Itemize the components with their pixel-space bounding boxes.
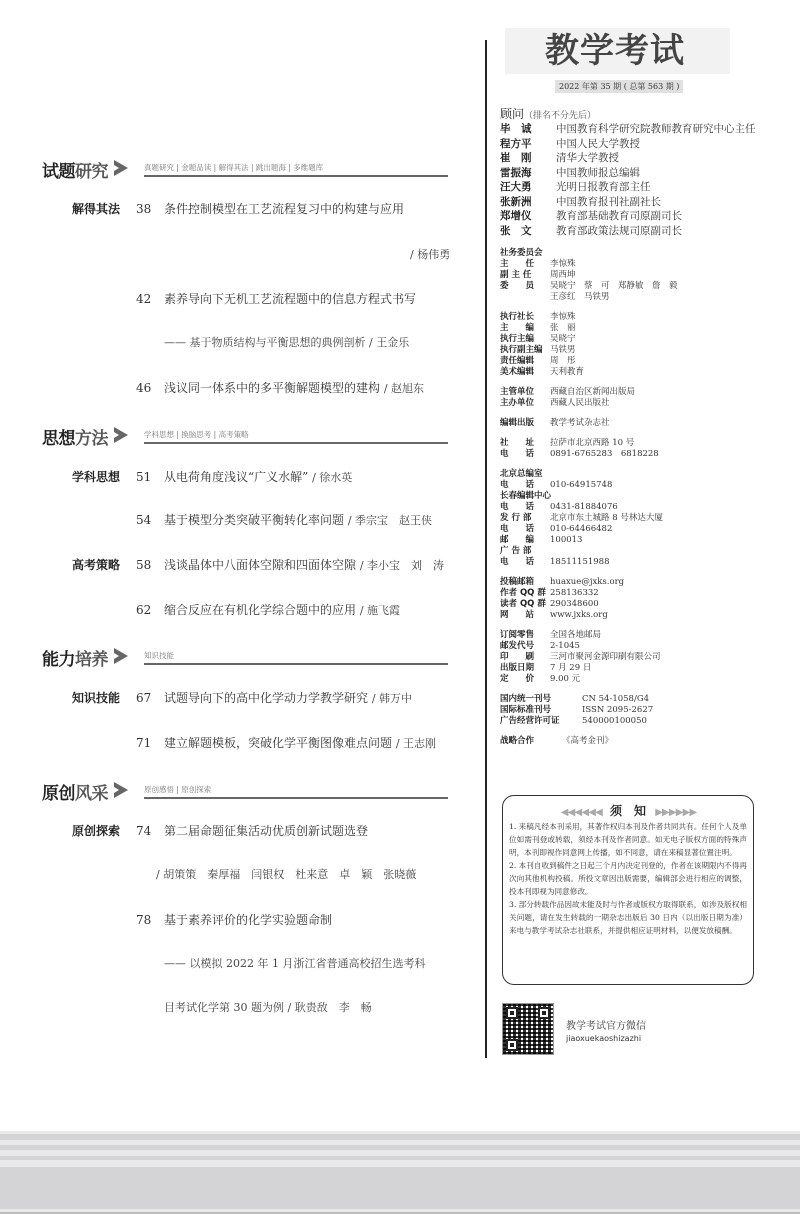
section-subcategories: 学科思想 | 换脑思考 | 高考策略 (144, 429, 249, 440)
notice-box: ◀ ◀ ◀ ◀ ◀ ◀ 须 知 ▶ ▶ ▶ ▶ ▶ ▶ 1. 来稿凡经本刊采用，… (502, 795, 754, 985)
left-arrows-icon: ◀ ◀ ◀ ◀ ◀ ◀ (561, 807, 601, 818)
section-header: 思想方法 学科思想 | 换脑思考 | 高考策略 (42, 424, 448, 450)
wechat-block: 教学考试官方微信 jiaoxuekaoshizazhi (502, 1003, 712, 1058)
category-label: 学科思想 (72, 468, 120, 485)
category-label: 原创探索 (72, 822, 120, 839)
table-of-contents: 试题研究 真题研究 | 金题品读 | 解得其法 | 跳出题海 | 多维题库 解得… (0, 0, 480, 1060)
masthead: 教学考试 2022 年第 35 期 ( 总第 563 期 ) 顾问（排名不分先后… (500, 28, 765, 747)
section-header: 能力培养 知识技能 (42, 645, 448, 671)
article-entry[interactable]: 78基于素养评价的化学实验题命制 (136, 911, 332, 928)
notice-paragraph: 2. 本刊自收到稿件之日起三个月内决定刊登的，作者在该期限内不得再次向其他机构投… (509, 859, 747, 898)
section-divider (144, 442, 448, 444)
arrow-icon (114, 160, 128, 176)
notice-paragraph: 3. 部分转载作品因故未能及时与作者或版权方取得联系，如涉及版权相关问题，请在发… (509, 898, 747, 937)
wechat-title: 教学考试官方微信 (566, 1017, 646, 1032)
article-author: / 杨伟勇 (410, 246, 450, 262)
section-header: 试题研究 真题研究 | 金题品读 | 解得其法 | 跳出题海 | 多维题库 (42, 157, 448, 183)
magazine-logo: 教学考试 (545, 30, 685, 72)
advisors-list: 毕 诚中国教育科学研究院教师教育研究中心主任 程方平中国人民大学教授 崔 刚清华… (500, 122, 765, 238)
wechat-id: jiaoxuekaoshizazhi (566, 1034, 641, 1043)
section-divider (144, 663, 448, 665)
section-subcategories: 真题研究 | 金题品读 | 解得其法 | 跳出题海 | 多维题库 (144, 162, 323, 173)
article-author: / 胡策策 秦厚福 闫银权 杜来意 卓 颖 张晓薇 (156, 866, 416, 882)
section-subcategories: 知识技能 (144, 650, 174, 661)
arrow-icon (114, 648, 128, 664)
section-title: 试题研究 (42, 157, 108, 182)
notice-paragraph: 1. 来稿凡经本刊采用，其著作权归本刊及作者共同共有。任何个人及单位如需刊登或转… (509, 820, 747, 859)
logo-band: 教学考试 (505, 28, 730, 74)
arrow-icon (114, 427, 128, 443)
article-entry[interactable]: 51从电荷角度浅议“广义水解” / 徐水英 (136, 468, 352, 485)
article-subtitle: —— 基于物质结构与平衡思想的典例剖析 / 王金乐 (164, 334, 409, 350)
article-entry[interactable]: 46浅议同一体系中的多平衡解题模型的建构 / 赵旭东 (136, 379, 424, 396)
column-divider (485, 40, 487, 1058)
article-entry[interactable]: 54基于模型分类突破平衡转化率问题 / 季宗宝 赵王侠 (136, 511, 432, 528)
section-divider (144, 175, 448, 177)
staff-info: 社务委员会 主 任李惊殊 副 主 任周西坤 委 员吴晓宁 蔡 可 郑静敏 詹 毅… (500, 248, 765, 747)
article-subtitle: 目考试化学第 30 题为例 / 耿贵敌 李 畅 (164, 999, 372, 1015)
category-label: 解得其法 (72, 200, 120, 217)
section-title: 思想方法 (42, 424, 108, 449)
article-entry[interactable]: 74第二届命题征集活动优质创新试题选登 (136, 822, 368, 839)
section-header: 原创风采 原创感悟 | 原创探索 (42, 779, 448, 805)
advisors-heading: 顾问（排名不分先后） (500, 105, 765, 122)
section-title: 能力培养 (42, 645, 108, 670)
issue-number: 2022 年第 35 期 ( 总第 563 期 ) (555, 80, 683, 93)
section-subcategories: 原创感悟 | 原创探索 (144, 784, 211, 795)
article-entry[interactable]: 67试题导向下的高中化学动力学教学研究 / 韩万中 (136, 689, 412, 706)
article-entry[interactable]: 62缩合反应在有机化学综合题中的应用 / 施飞霞 (136, 601, 400, 618)
article-entry[interactable]: 42素养导向下无机工艺流程题中的信息方程式书写 (136, 290, 416, 307)
submission-email[interactable]: huaxue@jxks.org (550, 577, 624, 588)
section-title: 原创风采 (42, 779, 108, 804)
category-label: 知识技能 (72, 689, 120, 706)
qr-code-icon[interactable] (502, 1003, 554, 1055)
article-subtitle: —— 以模拟 2022 年 1 月浙江省普通高校招生选考科 (164, 955, 425, 971)
notice-heading: ◀ ◀ ◀ ◀ ◀ ◀ 须 知 ▶ ▶ ▶ ▶ ▶ ▶ (509, 802, 747, 820)
website-link[interactable]: www.jxks.org (550, 610, 608, 621)
category-label: 高考策略 (72, 556, 120, 573)
section-divider (144, 797, 448, 799)
article-entry[interactable]: 38条件控制模型在工艺流程复习中的构建与应用 (136, 200, 404, 217)
article-entry[interactable]: 58浅谈晶体中八面体空隙和四面体空隙 / 李小宝 刘 涛 (136, 556, 444, 573)
article-entry[interactable]: 71建立解题模板，突破化学平衡图像难点问题 / 王志刚 (136, 734, 436, 751)
right-arrows-icon: ▶ ▶ ▶ ▶ ▶ ▶ (655, 807, 695, 818)
arrow-icon (114, 782, 128, 798)
footer-stripes (0, 1131, 800, 1214)
